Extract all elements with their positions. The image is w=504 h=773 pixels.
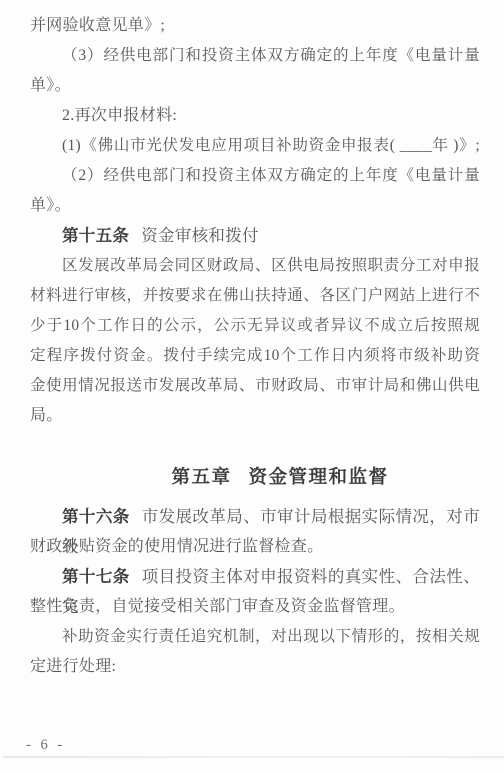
doc-line: 定程序拨付资金。拨付手续完成10个工作日内须将市级补助资 [30,341,480,371]
chapter-title: 资金管理和监督 [249,468,389,488]
doc-line: (1)《佛山市光伏发电应用项目补助资金申报表( ____年 )》; [30,131,480,161]
doc-line: 并网验收意见单》; [30,11,480,41]
document-page: 并网验收意见单》; （3）经供电部门和投资主体双方确定的上年度《电量计量 单》。… [0,0,504,773]
doc-line: 2.再次申报材料: [30,101,480,131]
chapter-heading: 第五章资金管理和监督 [30,463,480,493]
doc-line: 单》。 [30,191,480,221]
doc-line: （3）经供电部门和投资主体双方确定的上年度《电量计量 [30,41,480,71]
doc-line: （2）经供电部门和投资主体双方确定的上年度《电量计量 [30,161,480,191]
article-17-number: 第十七条 [62,567,130,586]
text-column: 并网验收意见单》; （3）经供电部门和投资主体双方确定的上年度《电量计量 单》。… [0,0,504,682]
article-17-line: 第十七条项目投资主体对申报资料的真实性、合法性、完 [30,562,480,592]
doc-line: 定进行处理: [30,652,480,682]
doc-line: 财政补贴资金的使用情况进行监督检查。 [30,532,480,562]
doc-line: 材料进行审核，并按要求在佛山扶持通、各区门户网站上进行不 [30,281,480,311]
article-15-title: 资金审核和拨付 [141,226,259,245]
doc-line: 单》。 [30,71,480,101]
article-16-line: 第十六条市发展改革局、市审计局根据实际情况，对市级 [30,502,480,532]
page-number: - 6 - [26,737,65,754]
doc-line: 整性负责，自觉接受相关部门审查及资金监督管理。 [30,592,480,622]
doc-line: 少于10个工作日的公示，公示无异议或者异议不成立后按照规 [30,311,480,341]
chapter-number: 第五章 [171,468,231,488]
doc-line: 局。 [30,401,480,431]
doc-line: 金使用情况报送市发展改革局、市财政局、市审计局和佛山供电 [30,371,480,401]
doc-line: 区发展改革局会同区财政局、区供电局按照职责分工对申报 [30,251,480,281]
article-15-heading: 第十五条资金审核和拨付 [30,221,480,251]
doc-line: 补助资金实行责任追究机制，对出现以下情形的，按相关规 [30,622,480,652]
article-15-number: 第十五条 [62,226,129,245]
article-16-number: 第十六条 [62,507,130,526]
scan-edge-shadow [3,756,504,758]
